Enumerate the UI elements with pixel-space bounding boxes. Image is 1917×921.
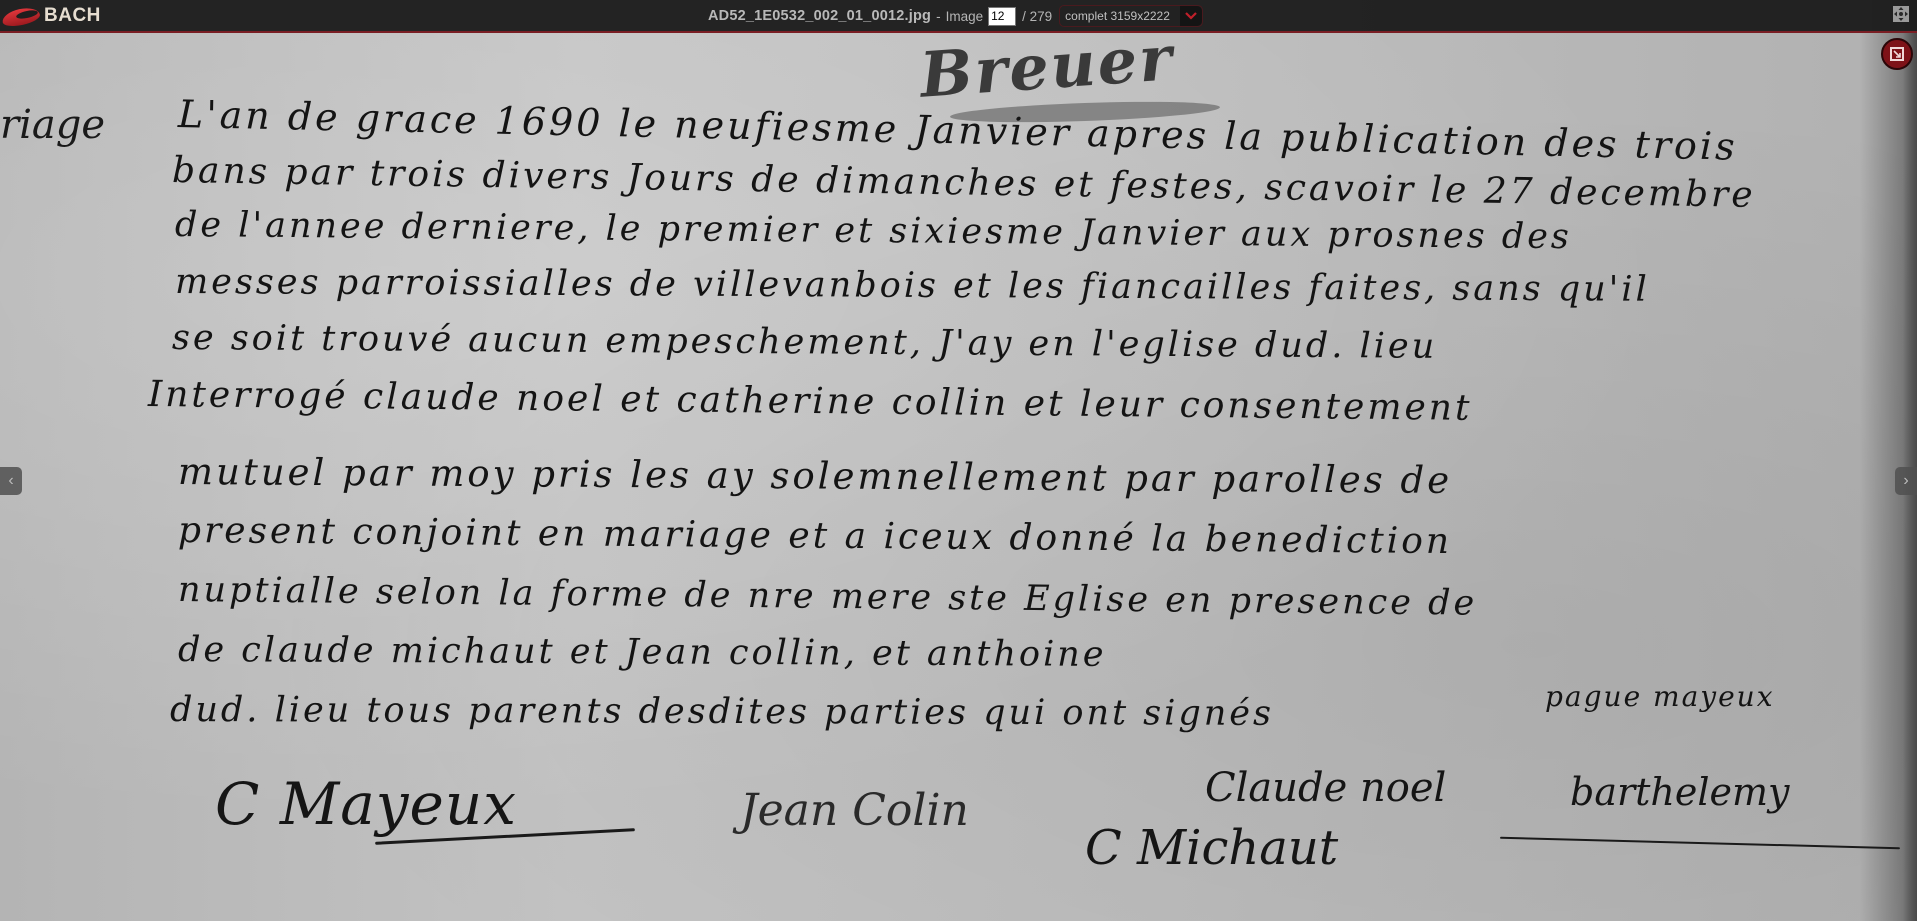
manuscript-line: present conjoint en mariage et a iceux d… bbox=[178, 510, 1452, 562]
interlinear-note: pague mayeux bbox=[1545, 680, 1775, 713]
file-name: AD52_1E0532_002_01_0012.jpg bbox=[708, 8, 931, 24]
fit-to-screen-button[interactable] bbox=[1881, 38, 1913, 70]
margin-note: riage bbox=[0, 102, 105, 148]
image-label: Image bbox=[946, 9, 984, 24]
manuscript-line: Interrogé claude noel et catherine colli… bbox=[148, 374, 1473, 429]
fullscreen-arrows-icon bbox=[1893, 6, 1909, 27]
next-image-button[interactable]: › bbox=[1895, 467, 1917, 495]
logo-text: BACH bbox=[44, 5, 101, 27]
manuscript-line: de l'annee derniere, le premier et sixie… bbox=[175, 205, 1572, 257]
document-image-viewport[interactable]: riage Breuer L'an de grace 1690 le neufi… bbox=[0, 0, 1917, 921]
resolution-select[interactable]: complet 3159x2222 bbox=[1059, 5, 1203, 27]
previous-image-button[interactable]: ‹ bbox=[0, 467, 22, 495]
fit-to-screen-icon bbox=[1890, 47, 1904, 61]
chevron-right-icon: › bbox=[1903, 472, 1908, 490]
signature: C Mayeux bbox=[215, 770, 517, 838]
viewer-toolbar: BACH AD52_1E0532_002_01_0012.jpg - Image… bbox=[0, 0, 1917, 33]
signature: Claude noel bbox=[1205, 765, 1446, 811]
top-flourish-signature: Breuer bbox=[918, 21, 1176, 112]
manuscript-line: messes parroissialles de villevanbois et… bbox=[175, 262, 1650, 310]
manuscript-line: nuptialle selon la forme de nre mere ste… bbox=[178, 570, 1478, 624]
manuscript-line: de claude michaut et Jean collin, et ant… bbox=[178, 630, 1107, 675]
bach-logo-icon bbox=[2, 5, 42, 27]
image-number-input[interactable] bbox=[988, 7, 1016, 26]
manuscript-line: dud. lieu tous parents desdites parties … bbox=[170, 690, 1274, 734]
image-navigation: AD52_1E0532_002_01_0012.jpg - Image / 27… bbox=[708, 4, 1203, 28]
manuscript-line: se soit trouvé aucun empeschement, J'ay … bbox=[172, 318, 1437, 367]
signature-flourish bbox=[1500, 837, 1900, 849]
image-total: / 279 bbox=[1022, 9, 1052, 24]
manuscript-line: mutuel par moy pris les ay solemnellemen… bbox=[178, 450, 1452, 502]
separator: - bbox=[936, 9, 941, 24]
signature: C Michaut bbox=[1085, 820, 1338, 876]
chevron-left-icon: ‹ bbox=[8, 472, 13, 490]
signature: Jean Colin bbox=[740, 785, 969, 836]
paper-edge-shadow bbox=[1903, 0, 1917, 921]
bach-logo[interactable]: BACH bbox=[2, 3, 101, 29]
resolution-value: complet 3159x2222 bbox=[1065, 9, 1180, 23]
chevron-down-icon[interactable] bbox=[1180, 6, 1202, 26]
signature: barthelemy bbox=[1570, 770, 1790, 814]
fullscreen-button[interactable] bbox=[1892, 7, 1910, 25]
